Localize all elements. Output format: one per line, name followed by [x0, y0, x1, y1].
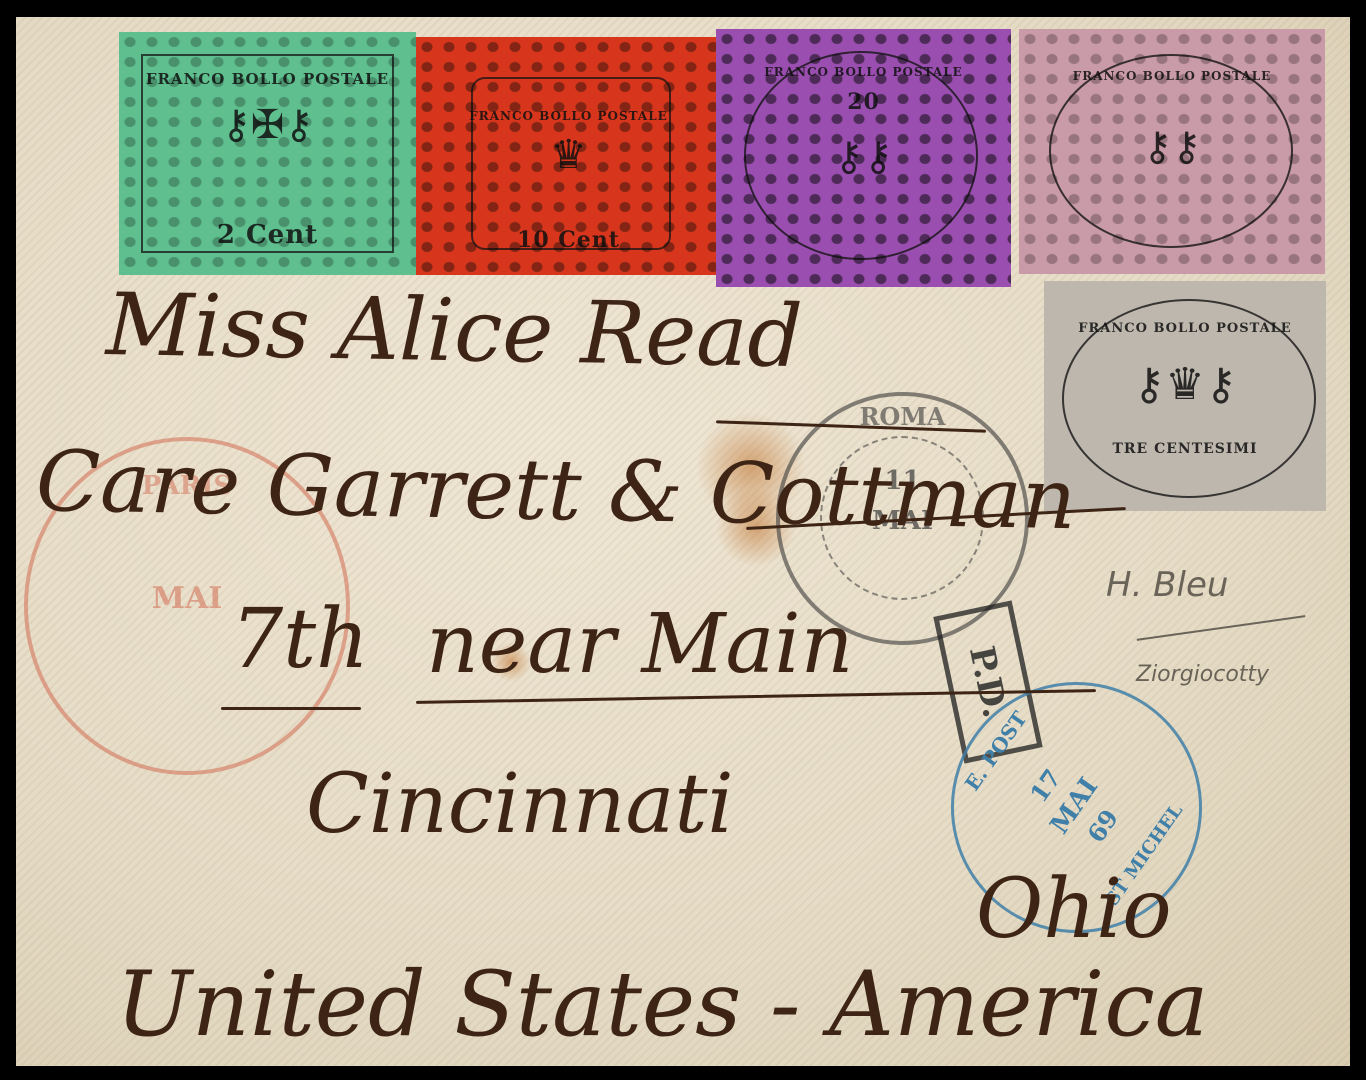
- postal-cover: FRANCO BOLLO POSTALE ⚷✠⚷ 2 Cent FRANCO B…: [16, 17, 1350, 1066]
- stamp-rose: FRANCO BOLLO POSTALE ⚷⚷: [1019, 29, 1325, 274]
- address-line-7: United States - America: [116, 952, 1208, 1057]
- stamp-violet-20: FRANCO BOLLO POSTALE 20 ⚷⚷: [716, 29, 1011, 287]
- stamp-denomination: TRE CENTESIMI: [1044, 441, 1326, 457]
- stamp-red-10-cent: FRANCO BOLLO POSTALE ♛ 10 Cent: [416, 37, 721, 275]
- pencil-underline: [1137, 615, 1306, 641]
- papal-keys-tiara-emblem-icon: ⚷♛⚷: [1133, 359, 1237, 410]
- pencil-note-2: Ziorgiocotty: [1136, 662, 1269, 687]
- cancellation-marks: [1019, 29, 1325, 274]
- address-line-2: Care Garrett & Cottman: [35, 432, 1077, 548]
- cancellation-marks: [416, 37, 721, 275]
- underline: [221, 707, 361, 710]
- address-line-6: Ohio: [976, 862, 1172, 957]
- address-line-5: Cincinnati: [306, 757, 734, 852]
- stamp-green-2-cent: FRANCO BOLLO POSTALE ⚷✠⚷ 2 Cent: [119, 32, 416, 275]
- pencil-note-1: H. Bleu: [1106, 565, 1228, 605]
- stamp-inscription: FRANCO BOLLO POSTALE: [1044, 321, 1326, 336]
- cancellation-marks: [716, 29, 1011, 287]
- address-line-4: near Main: [426, 597, 853, 692]
- stamp-grey-tre-centesimi: FRANCO BOLLO POSTALE ⚷♛⚷ TRE CENTESIMI: [1044, 281, 1326, 511]
- cancellation-marks: [119, 32, 416, 275]
- address-line-3: 7th: [231, 592, 369, 687]
- address-line-1: Miss Alice Read: [105, 275, 803, 387]
